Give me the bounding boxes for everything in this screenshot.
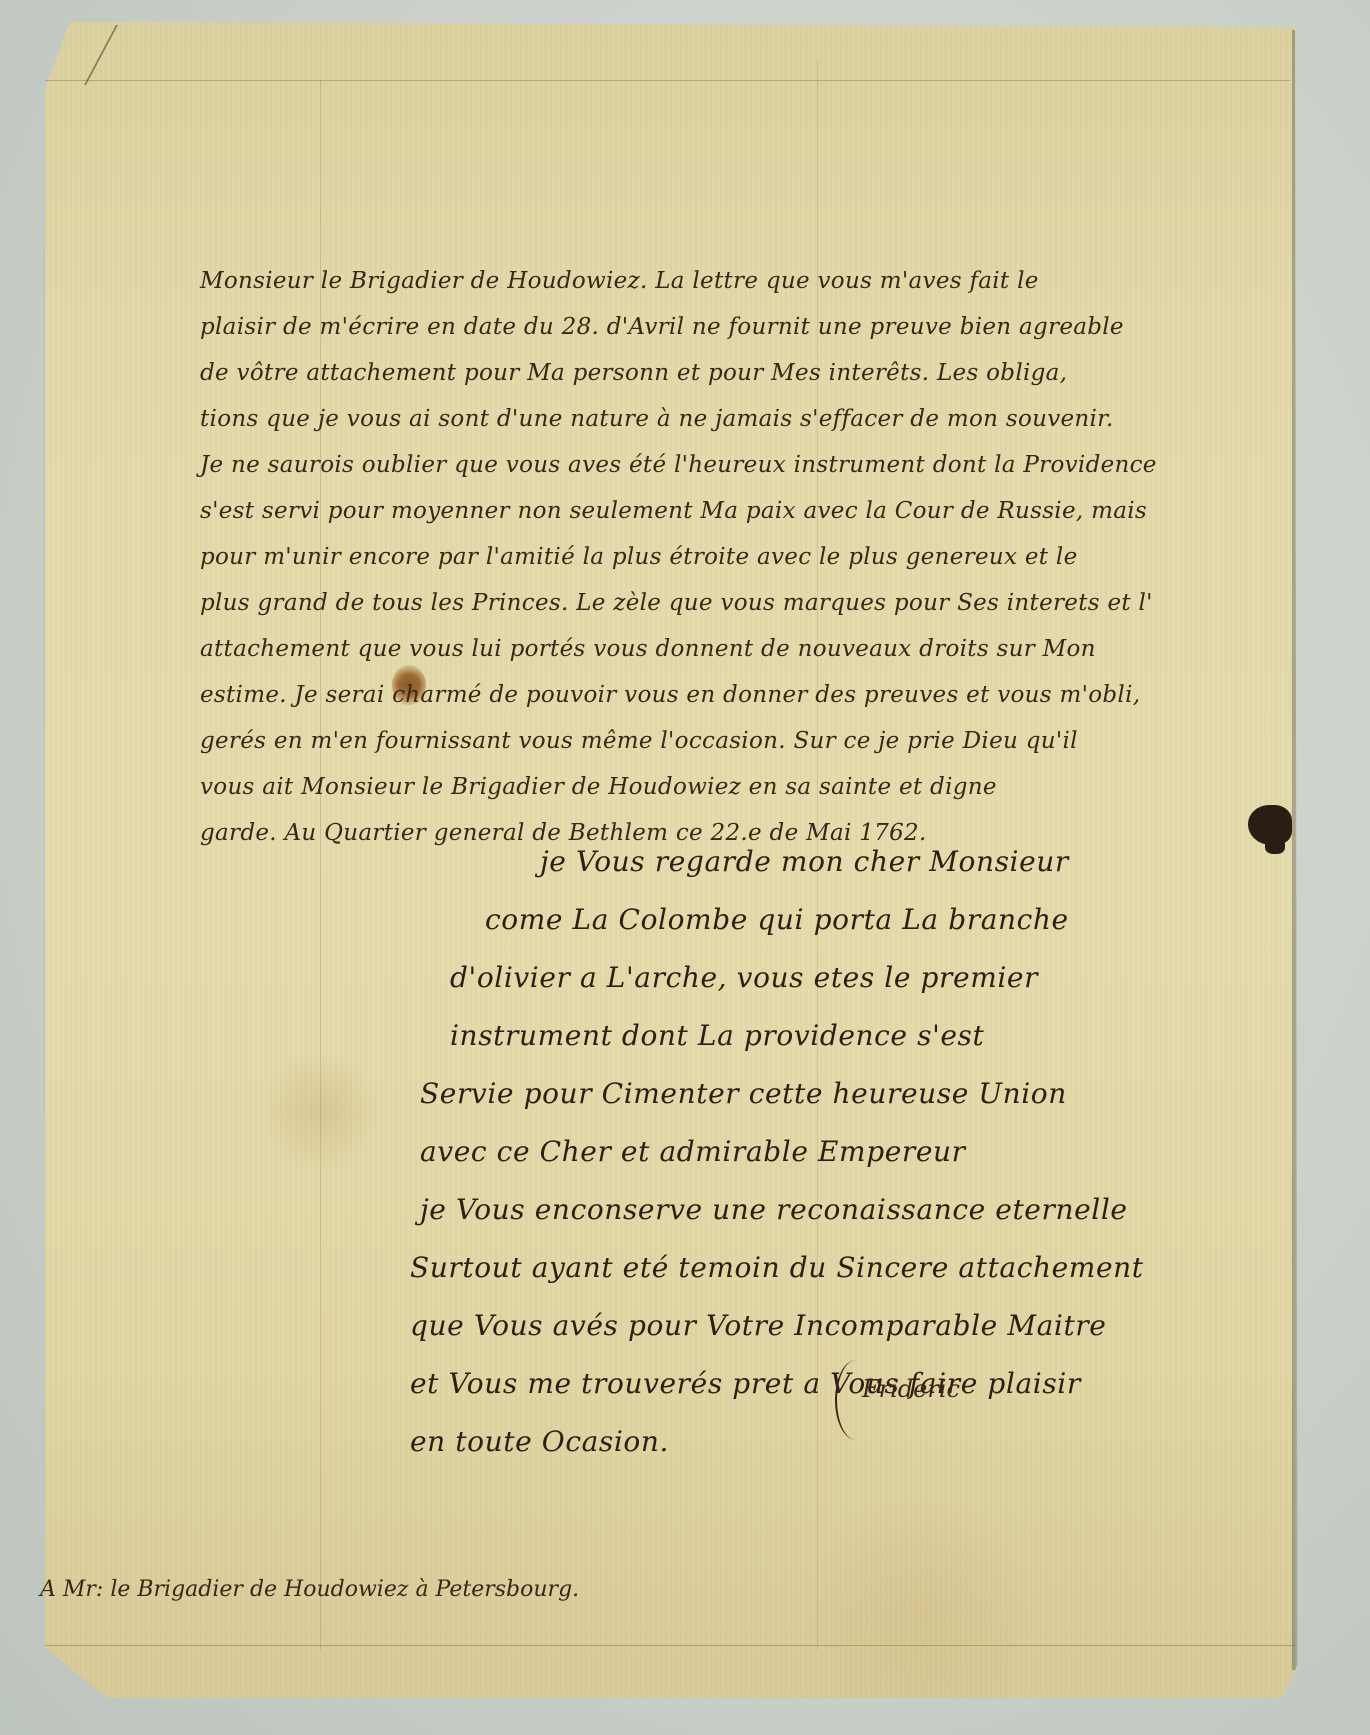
paper-edge-shadow — [1292, 30, 1295, 1670]
paper-hole-small — [1265, 838, 1285, 854]
postscript-line-11: en toute Ocasion. — [410, 1425, 669, 1458]
body-line-13-dateline: garde. Au Quartier general de Bethlem ce… — [200, 820, 927, 846]
address-line: A Mr: le Brigadier de Houdowiez à Peters… — [40, 1577, 579, 1602]
postscript-line-9: que Vous avés pour Votre Incomparable Ma… — [410, 1309, 1106, 1342]
body-line-7: pour m'unir encore par l'amitié la plus … — [200, 544, 1078, 570]
body-line-6: s'est servi pour moyenner non seulement … — [200, 498, 1147, 524]
postscript-line-8: Surtout ayant eté temoin du Sincere atta… — [410, 1251, 1144, 1284]
postscript-line-7: je Vous enconserve une reconaissance ete… — [420, 1193, 1128, 1226]
postscript-line-3: d'olivier a L'arche, vous etes le premie… — [450, 961, 1038, 994]
body-line-3: de vôtre attachement pour Ma personn et … — [200, 360, 1067, 386]
body-line-12: vous ait Monsieur le Brigadier de Houdow… — [200, 774, 997, 800]
postscript-line-5: Servie pour Cimenter cette heureuse Unio… — [420, 1077, 1067, 1110]
fold-line-top — [45, 80, 1290, 81]
body-line-5: Je ne saurois oublier que vous aves été … — [200, 452, 1157, 478]
postscript-line-10: et Vous me trouverés pret a Vous faire p… — [410, 1367, 1081, 1400]
signature: Frideric — [862, 1375, 960, 1403]
postscript-line-1: je Vous regarde mon cher Monsieur — [540, 845, 1069, 878]
postscript-line-4: instrument dont La providence s'est — [450, 1019, 984, 1052]
body-line-9: attachement que vous lui portés vous don… — [200, 636, 1096, 662]
body-line-2: plaisir de m'écrire en date du 28. d'Avr… — [200, 314, 1124, 340]
body-line-10: estime. Je serai charmé de pouvoir vous … — [200, 682, 1140, 708]
body-line-1: Monsieur le Brigadier de Houdowiez. La l… — [200, 268, 1039, 294]
body-line-8: plus grand de tous les Princes. Le zèle … — [200, 590, 1153, 616]
postscript-line-2: come La Colombe qui porta La branche — [485, 903, 1069, 936]
postscript-line-6: avec ce Cher et admirable Empereur — [420, 1135, 966, 1168]
fold-line-bottom — [45, 1645, 1295, 1646]
body-line-11: gerés en m'en fournissant vous même l'oc… — [200, 728, 1078, 754]
body-line-4: tions que je vous ai sont d'une nature à… — [200, 406, 1114, 432]
